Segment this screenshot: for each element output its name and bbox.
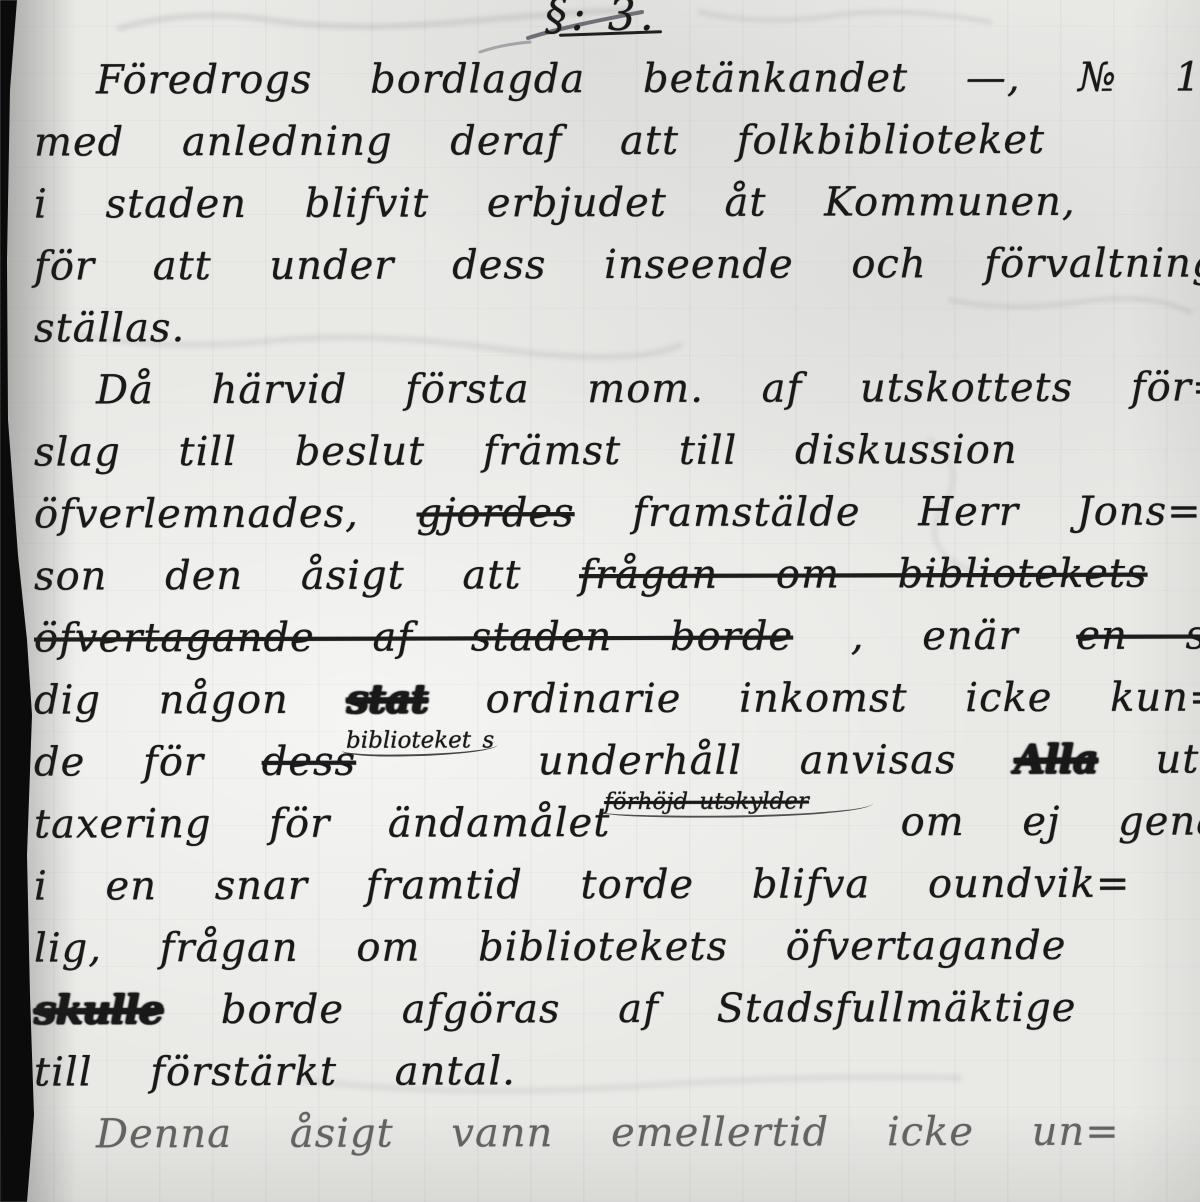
handwritten-text: taxering för ändamålet [34,800,610,848]
text-block: Föredrogs bordlagda betänkandet —, № 14,… [34,48,1192,1164]
handwritten-text: öfverlemnades, [34,491,417,538]
handwritten-text: Då härvid första mom. af utskottets för= [96,364,1200,413]
handwritten-text: framstälde Herr Jons= [574,488,1200,536]
handwritten-text: i en snar framtid torde blifva oundvik= [34,861,1130,910]
struck-text: gjordes [416,490,574,536]
handwritten-line: med anledning deraf att folkbiblioteket [34,108,1192,173]
section-heading-text: §: 3. [545,0,658,41]
handwritten-line: lig, frågan om bibliotekets öfvertagande [34,914,1192,979]
handwritten-line: Föredrogs bordlagda betänkandet —, № 14, [34,46,1192,111]
handwritten-line: taxering för ändamåletförhöjd utskylder … [34,790,1192,855]
struck-text: en sta [1076,612,1200,658]
handwritten-text: för att under dess inseende och förvaltn… [34,240,1200,289]
handwritten-line: Då härvid första mom. af utskottets för= [34,356,1192,421]
blotted-text: Alla [1014,736,1097,783]
handwritten-line: i en snar framtid torde blifva oundvik= [34,852,1192,917]
struck-text: öfvertagande af staden borde [34,614,793,662]
blotted-text: stat [346,675,428,722]
handwritten-text: ordinarie inkomst icke kun= [428,674,1200,722]
handwritten-text: ut= [1098,736,1200,782]
handwritten-line: öfverlemnades, gjordes framstälde Herr J… [34,480,1192,545]
handwritten-text: till förstärkt antal. [34,1048,516,1095]
handwritten-line: dig någon stat ordinarie inkomst icke ku… [34,666,1192,731]
handwritten-line: slag till beslut främst till diskussion [34,418,1192,483]
handwritten-line: Denna åsigt vann emellertid icke un= [34,1100,1192,1165]
handwritten-line: öfvertagande af staden borde , enär en s… [34,604,1192,669]
handwritten-text: i staden blifvit erbjudet åt Kommunen, [34,179,1076,228]
handwritten-line: skulle borde afgöras af Stadsfullmäktige [34,976,1192,1041]
handwritten-text: Denna åsigt vann emellertid icke un= [96,1109,1120,1158]
handwritten-line: son den åsigt att frågan om bibliotekets [34,542,1192,607]
inserted-text: biblioteket s [342,729,498,756]
handwritten-text: om ej genast så [843,798,1200,845]
handwritten-line: de för dessbiblioteket s underhåll anvis… [34,728,1192,793]
handwritten-text: Föredrogs bordlagda betänkandet —, № 14, [96,54,1200,103]
handwritten-text: underhåll anvisas [480,737,1014,784]
handwritten-text: , enär [793,613,1076,660]
handwritten-text: lig, frågan om bibliotekets öfvertagande [34,923,1067,972]
handwritten-line: i staden blifvit erbjudet åt Kommunen, [34,170,1192,235]
inserted-struck-text: förhöjd utskylder [600,790,873,818]
handwritten-line: för att under dess inseende och förvaltn… [34,232,1192,297]
handwritten-text: son den åsigt att [34,552,579,599]
handwritten-text: med anledning deraf att folkbiblioteket [34,117,1045,166]
struck-text: frågan om bibliotekets [579,551,1147,598]
handwritten-text: borde afgöras af Stadsfullmäktige [163,985,1076,1033]
page-scan: §: 3. Föredrogs bordlagda betänkandet —,… [0,0,1200,1202]
section-heading: §: 3. [545,0,658,41]
handwritten-line: ställas. [34,294,1192,359]
handwritten-text: slag till beslut främst till diskussion [34,427,1018,476]
handwritten-line: till förstärkt antal. [34,1038,1192,1103]
